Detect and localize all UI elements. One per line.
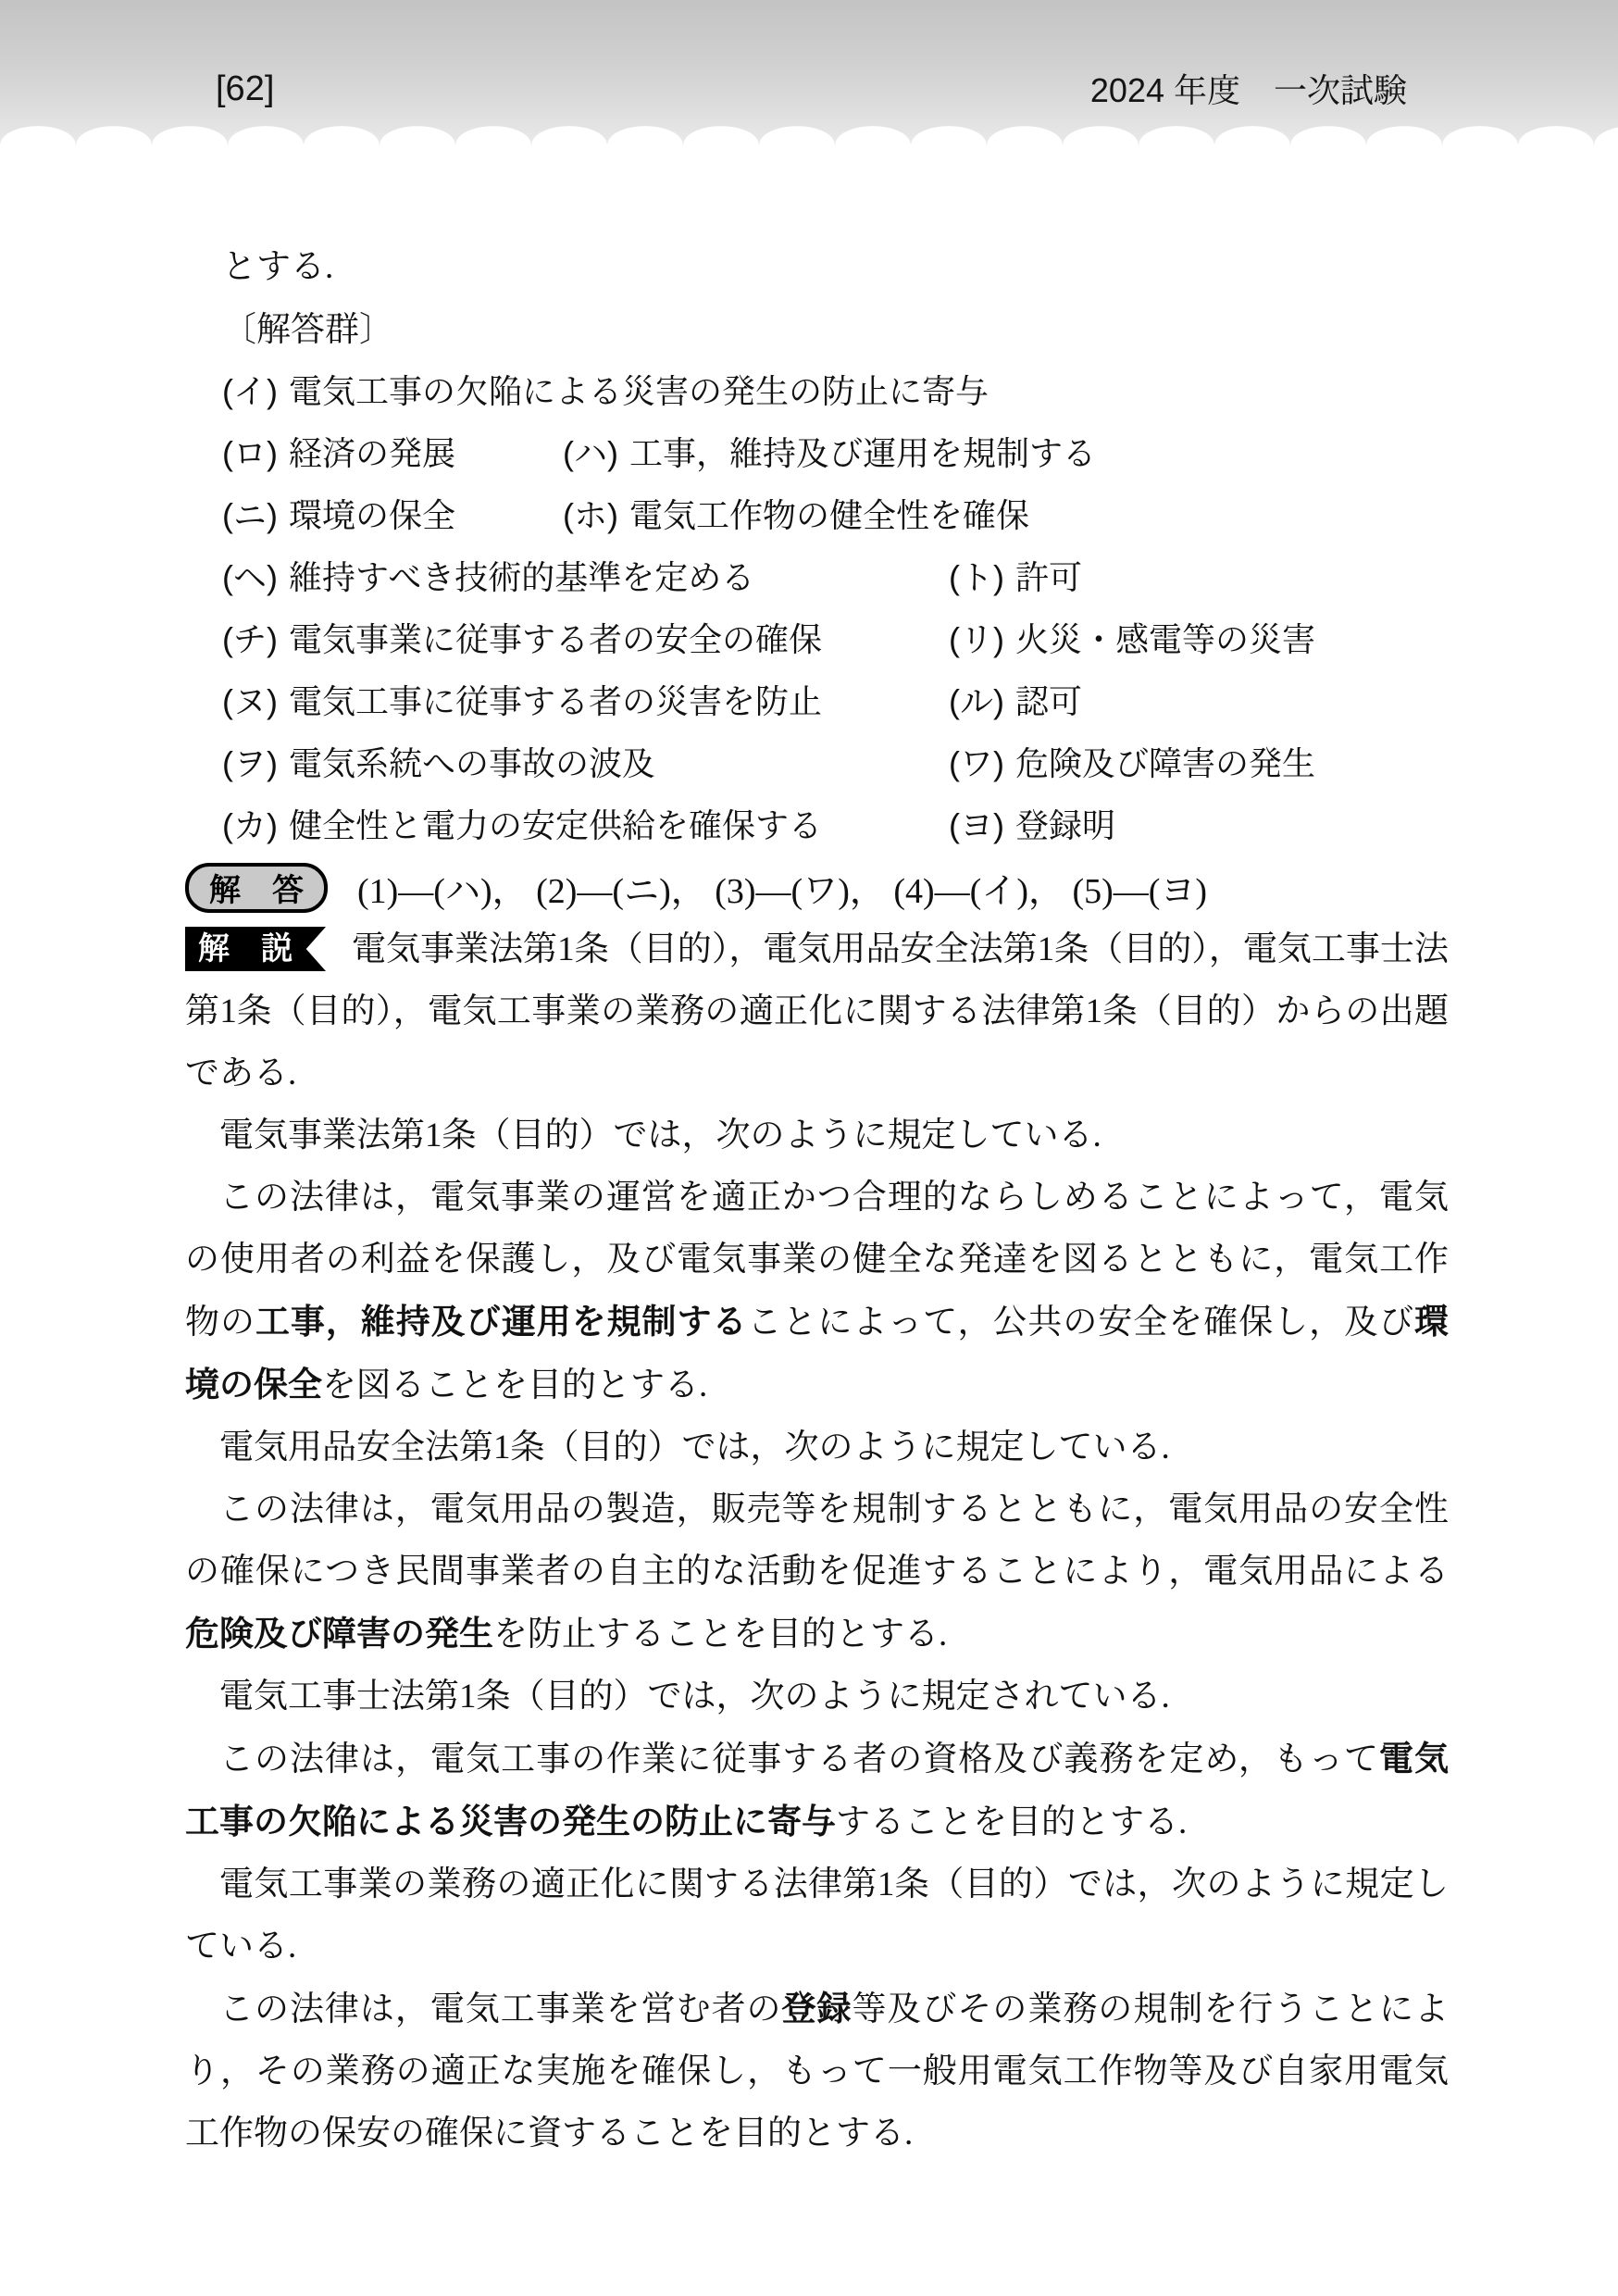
choice-item: (ロ)経済の発展: [222, 422, 455, 484]
answer-row: 解 答 (1)—(ハ)， (2)—(ニ)， (3)—(ワ)， (4)—(イ)， …: [185, 856, 1618, 918]
choice-label: (ワ): [949, 732, 1015, 794]
problem-section: とする. 〔解答群〕 (イ)電気工事の欠陥による災害の発生の防止に寄与(ロ)経済…: [222, 236, 1618, 856]
choice-label: (リ): [949, 608, 1015, 670]
choice-label: (イ): [222, 360, 289, 422]
choice-row: (ロ)経済の発展(ハ)工事，維持及び運用を規制する: [222, 422, 1618, 484]
body-text: この法律は，電気工事の作業に従事する者の資格及び義務を定め，もって: [219, 1741, 1379, 1778]
choice-item: (リ)火災・感電等の災害: [949, 608, 1315, 670]
choice-text: 電気工事の欠陥による災害の発生の防止に寄与: [289, 360, 989, 422]
choice-text: 登録明: [1015, 794, 1115, 856]
choice-row: (ヘ)維持すべき技術的基準を定める(ト)許可: [222, 546, 1618, 608]
choice-label: (カ): [222, 794, 289, 856]
choice-row: (イ)電気工事の欠陥による災害の発生の防止に寄与: [222, 360, 1618, 422]
choice-text: 火災・感電等の災害: [1015, 608, 1315, 670]
body-text: することを目的とする.: [836, 1803, 1187, 1841]
answer-text: (1)—(ハ)， (2)—(ニ)， (3)—(ワ)， (4)—(イ)， (5)—…: [357, 862, 1207, 913]
choice-text: 電気工作物の健全性を確保: [629, 484, 1029, 546]
body-text: を図ることを目的とする.: [322, 1366, 707, 1404]
choice-label: (ハ): [563, 422, 629, 484]
header-scallop-edge: [0, 126, 1618, 144]
exam-title: 2024 年度 一次試験: [1090, 72, 1407, 109]
body-text: を防止することを目的とする.: [493, 1616, 947, 1653]
choice-row: (ニ)環境の保全(ホ)電気工作物の健全性を確保: [222, 484, 1618, 546]
choice-text: 電気工事に従事する者の災害を防止: [289, 670, 822, 732]
explanation-paragraph: 電気用品安全法第1条（目的）では，次のように規定している.: [185, 1416, 1449, 1479]
choice-label: (ニ): [222, 484, 289, 546]
choice-text: 電気事業に従事する者の安全の確保: [289, 608, 822, 670]
choice-label: (ロ): [222, 422, 289, 484]
choice-row: (チ)電気事業に従事する者の安全の確保(リ)火災・感電等の災害: [222, 608, 1618, 670]
explanation-paragraph: この法律は，電気用品の製造，販売等を規制するとともに，電気用品の安全性の確保につ…: [185, 1479, 1449, 1666]
choice-text: 健全性と電力の安定供給を確保する: [289, 794, 822, 856]
choice-item: (ワ)危険及び障害の発生: [949, 732, 1315, 794]
page-content: とする. 〔解答群〕 (イ)電気工事の欠陥による災害の発生の防止に寄与(ロ)経済…: [0, 144, 1618, 2165]
problem-trailing-text: とする.: [222, 236, 1618, 298]
choice-item: (ヲ)電気系統への事故の波及: [222, 732, 655, 794]
emphasis-text: 登録: [782, 1990, 853, 2028]
page-header-band: [62] 2024 年度 一次試験: [0, 0, 1618, 144]
choice-text: 維持すべき技術的基準を定める: [289, 546, 754, 608]
body-text: 電気事業法第1条（目的），電気用品安全法第1条（目的），電気工事士法第1条（目的…: [185, 930, 1449, 1092]
body-text: 電気事業法第1条（目的）では，次のように規定している.: [219, 1117, 1101, 1154]
choice-row: (ヌ)電気工事に従事する者の災害を防止(ル)認可: [222, 670, 1618, 732]
body-text: この法律は，電気工事業を営む者の: [219, 1990, 782, 2028]
choice-row: (カ)健全性と電力の安定供給を確保する(ヨ)登録明: [222, 794, 1618, 856]
choice-label: (ヲ): [222, 732, 289, 794]
choice-text: 許可: [1015, 546, 1082, 608]
body-text: 電気工事士法第1条（目的）では，次のように規定されている.: [219, 1678, 1170, 1716]
choice-text: 環境の保全: [289, 484, 455, 546]
choice-item: (ハ)工事，維持及び運用を規制する: [563, 422, 1096, 484]
choice-label: (ヨ): [949, 794, 1015, 856]
explanation-section: 解 説電気事業法第1条（目的），電気用品安全法第1条（目的），電気工事士法第1条…: [185, 918, 1449, 2165]
body-text: この法律は，電気用品の製造，販売等を規制するとともに，電気用品の安全性の確保につ…: [185, 1491, 1449, 1591]
choice-row: (ヲ)電気系統への事故の波及(ワ)危険及び障害の発生: [222, 732, 1618, 794]
choice-item: (カ)健全性と電力の安定供給を確保する: [222, 794, 822, 856]
choice-label: (ル): [949, 670, 1015, 732]
choice-label: (チ): [222, 608, 289, 670]
explanation-paragraph: この法律は，電気工事の作業に従事する者の資格及び義務を定め，もって電気工事の欠陥…: [185, 1728, 1449, 1853]
body-text: 電気工事業の業務の適正化に関する法律第1条（目的）では，次のように規定している.: [185, 1865, 1449, 1965]
choice-text: 危険及び障害の発生: [1015, 732, 1315, 794]
choice-item: (ホ)電気工作物の健全性を確保: [563, 484, 1029, 546]
emphasis-text: 危険及び障害の発生: [185, 1615, 493, 1653]
answer-badge: 解 答: [185, 863, 328, 913]
body-text: 電気用品安全法第1条（目的）では，次のように規定している.: [219, 1429, 1170, 1466]
choice-text: 認可: [1015, 670, 1082, 732]
choice-label: (ヘ): [222, 546, 289, 608]
choice-text: 経済の発展: [289, 422, 455, 484]
explanation-badge: 解 説: [185, 927, 326, 971]
page-number: [62]: [216, 70, 274, 107]
explanation-paragraph: 電気工事業の業務の適正化に関する法律第1条（目的）では，次のように規定している.: [185, 1853, 1449, 1978]
choice-item: (イ)電気工事の欠陥による災害の発生の防止に寄与: [222, 360, 989, 422]
choice-label: (ヌ): [222, 670, 289, 732]
body-text: ことによって，公共の安全を確保し，及び: [747, 1304, 1414, 1341]
book-page: [62] 2024 年度 一次試験 とする. 〔解答群〕 (イ)電気工事の欠陥に…: [0, 0, 1618, 2296]
choice-item: (チ)電気事業に従事する者の安全の確保: [222, 608, 822, 670]
choice-label: (ホ): [563, 484, 629, 546]
choice-item: (ヌ)電気工事に従事する者の災害を防止: [222, 670, 822, 732]
emphasis-text: 工事，維持及び運用を規制する: [255, 1303, 748, 1341]
choice-item: (ヨ)登録明: [949, 794, 1115, 856]
choice-item: (ト)許可: [949, 546, 1082, 608]
answer-choice-list: (イ)電気工事の欠陥による災害の発生の防止に寄与(ロ)経済の発展(ハ)工事，維持…: [222, 360, 1618, 856]
choice-item: (ル)認可: [949, 670, 1082, 732]
explanation-paragraph: 解 説電気事業法第1条（目的），電気用品安全法第1条（目的），電気工事士法第1条…: [185, 918, 1449, 1104]
choice-text: 工事，維持及び運用を規制する: [629, 422, 1096, 484]
choice-text: 電気系統への事故の波及: [289, 732, 655, 794]
explanation-paragraph: この法律は，電気工事業を営む者の登録等及びその業務の規制を行うことにより，その業…: [185, 1978, 1449, 2165]
choice-item: (ニ)環境の保全: [222, 484, 455, 546]
explanation-paragraph: 電気事業法第1条（目的）では，次のように規定している.: [185, 1104, 1449, 1167]
explanation-paragraph: この法律は，電気事業の運営を適正かつ合理的ならしめることによって，電気の使用者の…: [185, 1167, 1449, 1416]
choice-label: (ト): [949, 546, 1015, 608]
explanation-paragraph: 電気工事士法第1条（目的）では，次のように規定されている.: [185, 1666, 1449, 1728]
answer-group-label: 〔解答群〕: [222, 298, 1618, 360]
choice-item: (ヘ)維持すべき技術的基準を定める: [222, 546, 754, 608]
